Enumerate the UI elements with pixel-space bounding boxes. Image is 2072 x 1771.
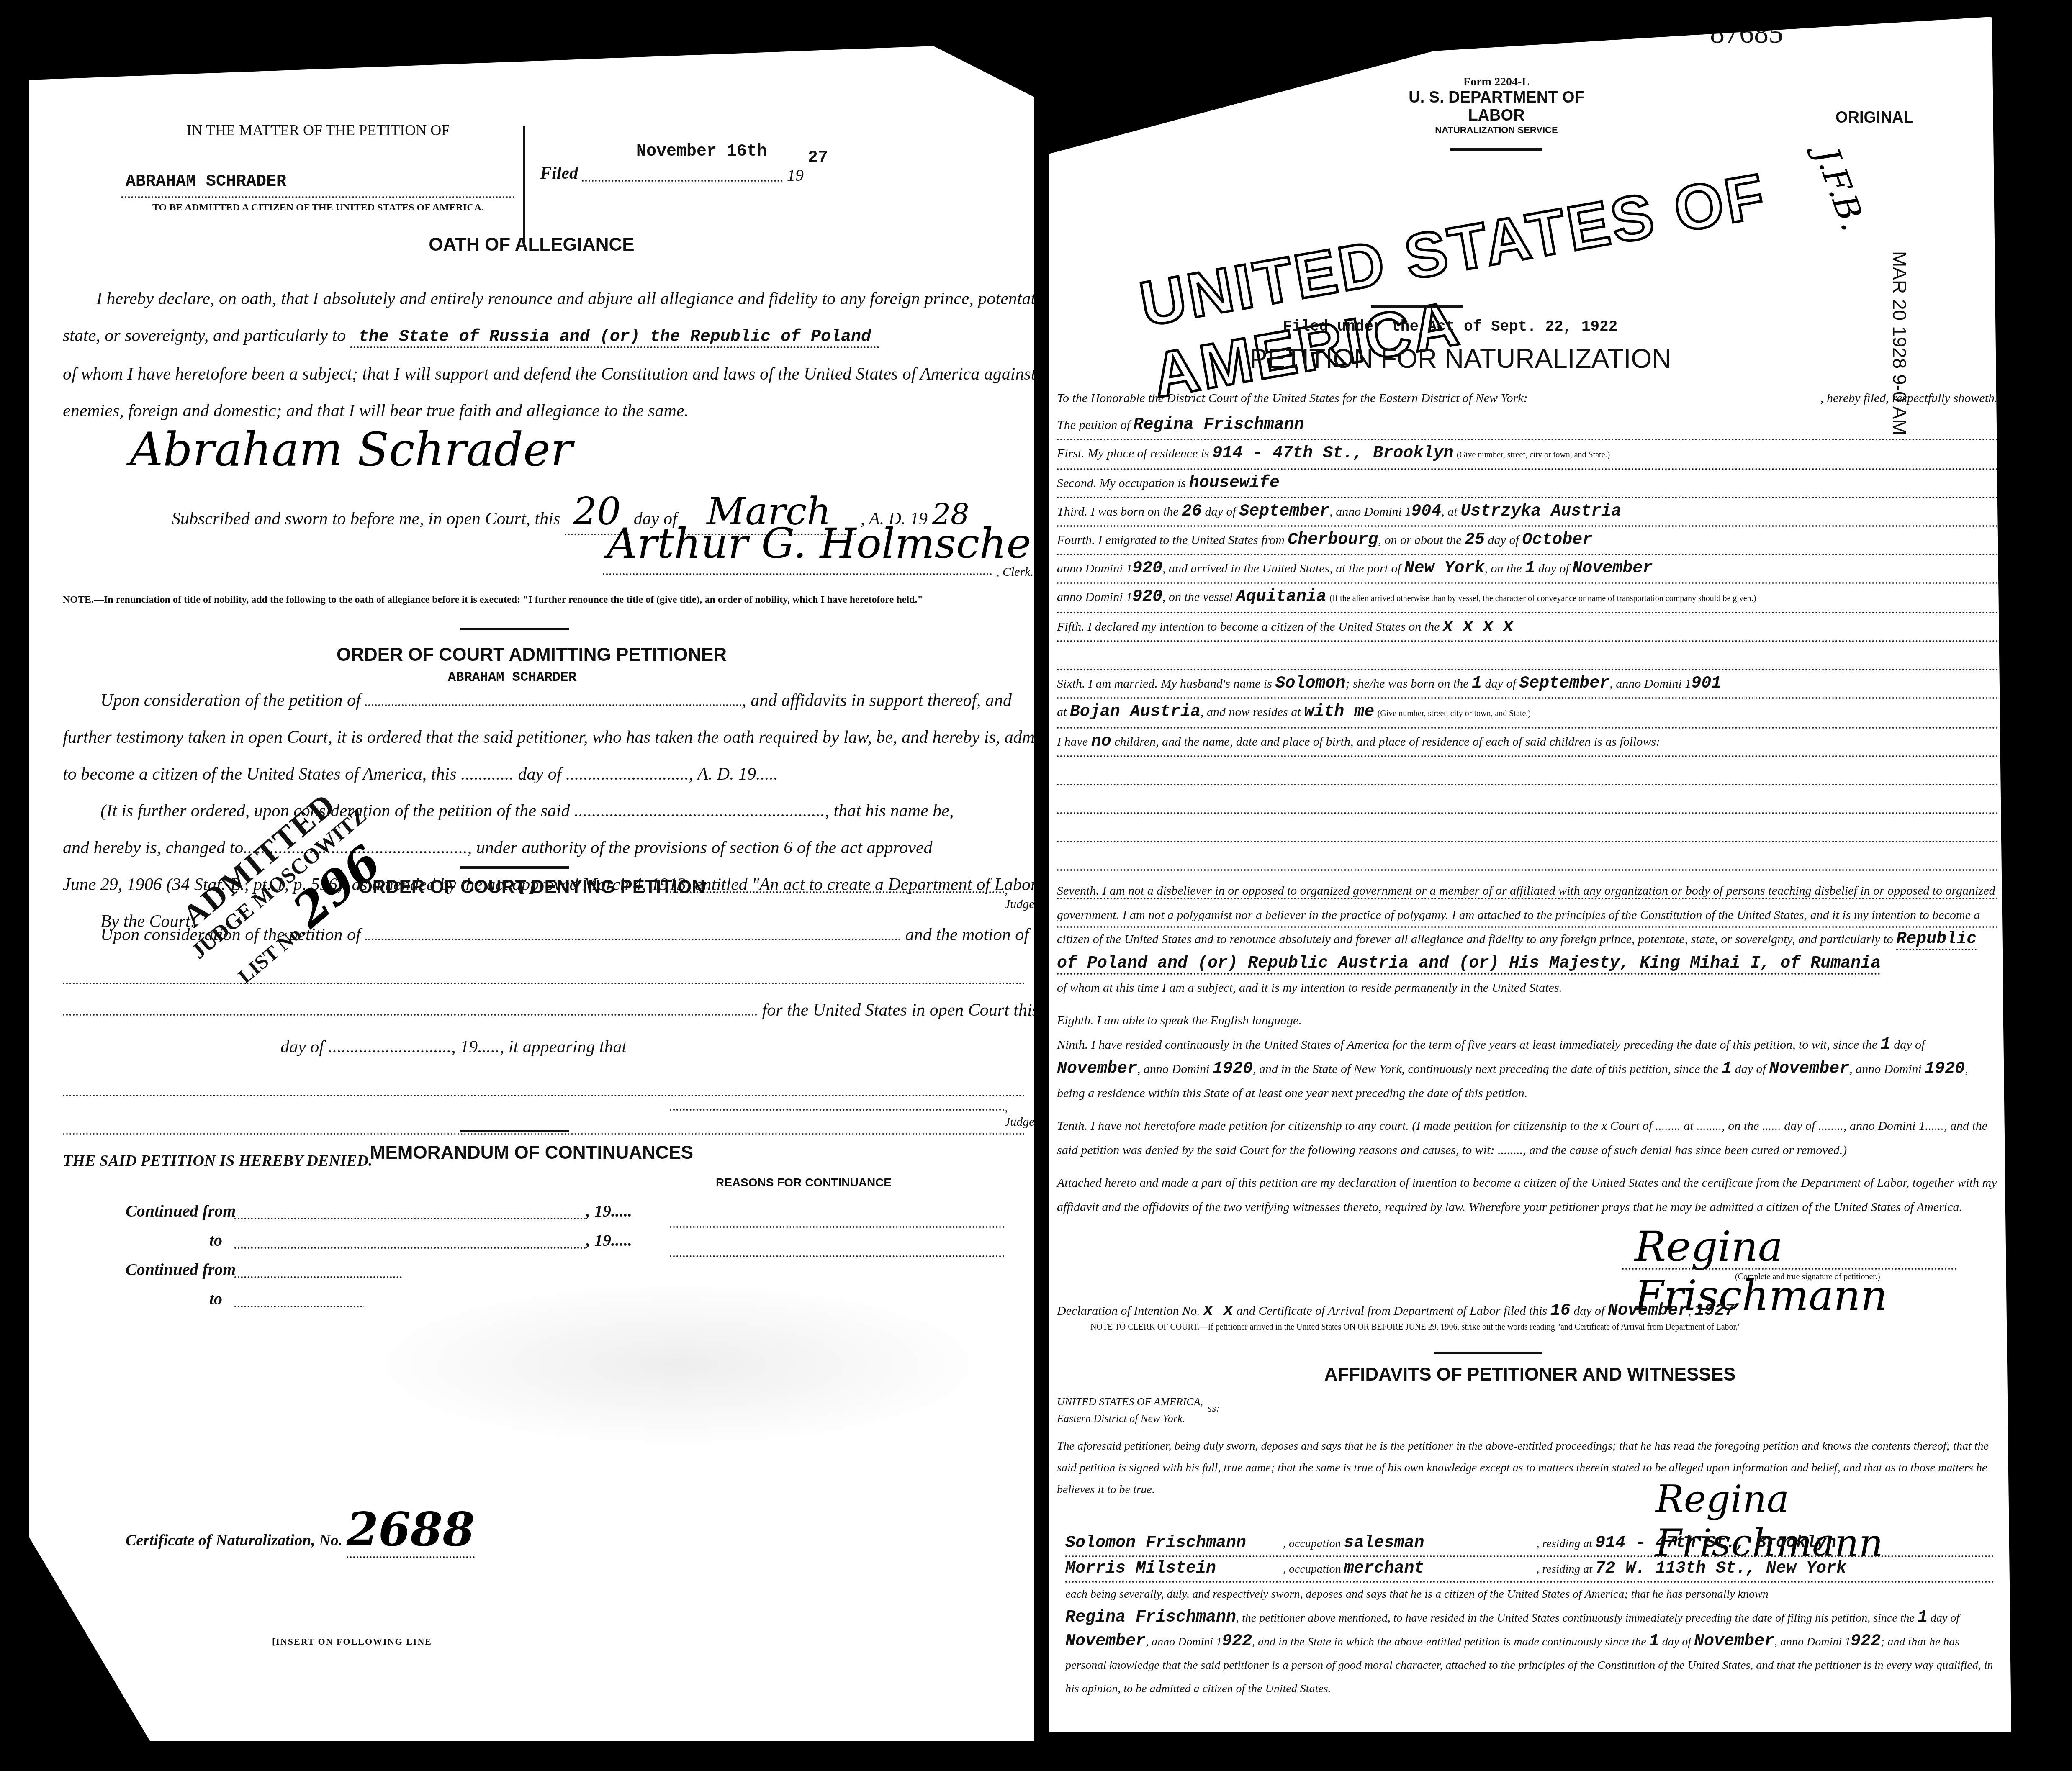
emigrated-year: 920 xyxy=(1132,559,1162,578)
spouse-hint: (Give number, street, city or town, and … xyxy=(1378,709,1531,718)
spouse-residence: with me xyxy=(1304,703,1374,721)
insert-note: [INSERT ON FOLLOWING LINE xyxy=(272,1636,432,1647)
ninth-clause: Ninth. I have resided continuously in th… xyxy=(1057,1038,1877,1052)
vessel-field: Aquitania xyxy=(1236,588,1326,606)
declaration-no: x x xyxy=(1203,1301,1233,1320)
nobility-note: NOTE.—In renunciation of title of nobili… xyxy=(63,594,1026,606)
oath-line-3: of whom I have heretofore been a subject… xyxy=(63,356,1026,393)
certificate-number: 2688 xyxy=(347,1502,475,1558)
admitting-line-1-label: Upon consideration of the petition of xyxy=(100,691,361,710)
residence-hint: (Give number, street, city or town, and … xyxy=(1457,450,1610,459)
certificate-label: Certificate of Naturalization, No. xyxy=(126,1532,342,1549)
witness-row: Solomon Frischmann, occupation salesman,… xyxy=(1065,1532,1995,1557)
judge-label-denying: , Judge. xyxy=(1005,1101,1038,1129)
signature-hint: (Complete and true signature of petition… xyxy=(1735,1272,1880,1282)
ninth-state-month: November xyxy=(1769,1060,1849,1078)
filed-year: 27 xyxy=(808,149,828,167)
emigrated-label: Fourth. I emigrated to the United States… xyxy=(1057,533,1285,547)
continuance-label: Continued from xyxy=(126,1201,236,1220)
ninth-us-year: 1920 xyxy=(1213,1060,1253,1078)
vessel-hint: (If the alien arrived otherwise than by … xyxy=(1329,594,1756,603)
ninth-state-year: 1920 xyxy=(1925,1060,1965,1078)
witness-occupation: merchant xyxy=(1344,1557,1536,1581)
witness-state-year: 922 xyxy=(1851,1632,1881,1651)
arrival-day: 1 xyxy=(1525,559,1535,578)
residence-field: 914 - 47th St., Brooklyn xyxy=(1212,444,1453,463)
spouse-name: Solomon xyxy=(1275,674,1345,693)
witness-occupation: salesman xyxy=(1344,1532,1536,1555)
continuance-year: , 19..... xyxy=(586,1230,632,1250)
tenth-clause: Tenth. I have not heretofore made petiti… xyxy=(1057,1114,1999,1163)
form-header: Form 2204-L U. S. DEPARTMENT OF LABOR NA… xyxy=(1392,75,1601,151)
continuance-label: to xyxy=(126,1289,222,1308)
divider xyxy=(1371,305,1463,308)
certificate-row: Certificate of Naturalization, No. 2688 xyxy=(126,1502,475,1556)
spouse-born-place: Bojan Austria xyxy=(1070,703,1201,721)
witness-residence: 72 W. 113th St., New York xyxy=(1595,1559,1846,1578)
petition-of-label: The petition of xyxy=(1057,418,1130,432)
attached-clause: Attached hereto and made a part of this … xyxy=(1057,1171,1999,1219)
married-label: Sixth. I am married. My husband's name i… xyxy=(1057,677,1272,690)
born-place: Ustrzyka Austria xyxy=(1460,502,1621,521)
filed-date: November 16th xyxy=(636,142,767,161)
witness-body-2: , the petitioner above mentioned, to hav… xyxy=(1236,1612,1915,1625)
matter-header: IN THE MATTER OF THE PETITION OF ABRAHAM… xyxy=(121,121,515,213)
witness-name: Morris Milstein xyxy=(1065,1557,1283,1581)
right-page: 87685 Form 2204-L U. S. DEPARTMENT OF LA… xyxy=(1049,17,2011,1732)
witnesses: Solomon Frischmann, occupation salesman,… xyxy=(1065,1532,1995,1701)
seventh-clause: Seventh. I am not a disbeliever in or op… xyxy=(1057,884,1995,946)
continuance-label: to xyxy=(126,1231,222,1250)
court-line: To the Honorable the District Court of t… xyxy=(1057,391,1527,405)
order-denying-title: ORDER OF COURT DENYING PETITION xyxy=(29,877,1034,898)
denying-line-4: day of ............................, 19.… xyxy=(63,1029,1026,1065)
spouse-born-day: 1 xyxy=(1472,674,1482,693)
denying-line-1-suffix: and the motion of xyxy=(905,925,1029,945)
divider xyxy=(460,1130,569,1132)
divider xyxy=(1434,1352,1542,1354)
original-label: ORIGINAL xyxy=(1835,109,1913,127)
certificate-month: November xyxy=(1608,1301,1688,1320)
divider xyxy=(460,866,569,869)
emigrated-month: October xyxy=(1522,531,1592,549)
filed-row: Filed November 16th 19 27 xyxy=(540,146,841,180)
born-day: 26 xyxy=(1182,502,1202,521)
form-number: Form 2204-L xyxy=(1392,75,1601,89)
header-brace xyxy=(523,126,525,243)
ninth-us-day: 1 xyxy=(1881,1035,1891,1054)
service-label: NATURALIZATION SERVICE xyxy=(1392,125,1601,136)
petition-declarations: Seventh. I am not a disbeliever in or op… xyxy=(1057,879,1999,1219)
seventh-end: of whom at this time I am a subject, and… xyxy=(1057,976,1999,1000)
renounced-sovereign: the State of Russia and (or) the Republi… xyxy=(350,328,879,348)
admitting-line-5: and hereby is, changed to...............… xyxy=(63,829,1026,866)
order-denying-text: Upon consideration of the petition of an… xyxy=(63,916,1026,1179)
oath-line-1: I hereby declare, on oath, that I absolu… xyxy=(63,280,1026,317)
emigrated-from: Cherbourg xyxy=(1288,531,1378,549)
petitioner-name-field: Regina Frischmann xyxy=(1134,416,1304,434)
admitting-line-3: to become a citizen of the United States… xyxy=(63,756,1026,793)
certificate-day: 16 xyxy=(1550,1301,1571,1320)
continuance-row: to , 19..... xyxy=(126,1230,1005,1260)
petition-title: PETITION FOR NATURALIZATION xyxy=(1249,343,1671,374)
denying-line-3-suffix: for the United States in open Court this xyxy=(762,1001,1039,1020)
witness-body-3: and in the State in which the above-enti… xyxy=(1258,1635,1646,1648)
ninth-end: being a residence within this State of a… xyxy=(1057,1086,1527,1100)
memorandum-title: MEMORANDUM OF CONTINUANCES xyxy=(29,1142,1034,1163)
arrival-port: New York xyxy=(1404,559,1484,578)
occupation-field: housewife xyxy=(1189,474,1280,493)
continuance-label: Continued from xyxy=(126,1260,236,1279)
witness-us-day: 1 xyxy=(1918,1608,1928,1627)
ss-label: ss: xyxy=(1208,1402,1220,1414)
eighth-clause: Eighth. I am able to speak the English l… xyxy=(1057,1009,1999,1033)
born-month: September xyxy=(1239,502,1329,521)
continuance-row: Continued from , 19..... xyxy=(126,1201,1005,1230)
witness-name: Solomon Frischmann xyxy=(1065,1532,1283,1555)
emigrated-day: 25 xyxy=(1465,531,1485,549)
declaration-no-label: Declaration of Intention No. xyxy=(1057,1304,1200,1318)
department-label: U. S. DEPARTMENT OF LABOR xyxy=(1392,89,1601,125)
venue: UNITED STATES OF AMERICA, Eastern Distri… xyxy=(1057,1394,1203,1427)
witness-petitioner: Regina Frischmann xyxy=(1065,1608,1236,1627)
declaration-row: Declaration of Intention No. x x and Cer… xyxy=(1057,1301,1999,1320)
affidavits-title: AFFIDAVITS OF PETITIONER AND WITNESSES xyxy=(1049,1364,2011,1385)
hereby-filed-label: , hereby filed, respectfully showeth: xyxy=(1820,385,1999,412)
admitting-line-4: (It is further ordered, upon considerati… xyxy=(63,793,1026,829)
reasons-header: REASONS FOR CONTINUANCE xyxy=(716,1176,892,1189)
certificate-filed-label: and Certificate of Arrival from Departme… xyxy=(1237,1304,1548,1318)
admitting-line-2: further testimony taken in open Court, i… xyxy=(63,719,1026,756)
oath-text: I hereby declare, on oath, that I absolu… xyxy=(63,280,1026,429)
declared-values: x x x x xyxy=(1443,617,1513,636)
born-label: Third. I was born on the xyxy=(1057,505,1179,518)
spouse-born-month: September xyxy=(1519,674,1609,693)
certificate-year: 1927 xyxy=(1694,1301,1735,1320)
witness-state-day: 1 xyxy=(1649,1632,1659,1651)
residence-label: First. My place of residence is xyxy=(1057,447,1209,460)
children-text: children, and the name, date and place o… xyxy=(1114,735,1660,749)
subscribed-label: Subscribed and sworn to before me, in op… xyxy=(172,509,560,529)
witness-state-month: November xyxy=(1694,1632,1774,1651)
left-page: IN THE MATTER OF THE PETITION OF ABRAHAM… xyxy=(29,46,1034,1741)
ninth-state-day: 1 xyxy=(1722,1060,1732,1078)
occupation-label: Second. My occupation is xyxy=(1057,476,1186,490)
clerk-label: , Clerk. xyxy=(996,565,1033,579)
arrival-month: November xyxy=(1572,559,1653,578)
oath-title: OATH OF ALLEGIANCE xyxy=(29,234,1034,255)
witness-body-1: each being severally, duly, and respecti… xyxy=(1065,1583,1995,1606)
oath-line-2-label: state, or sovereignty, and particularly … xyxy=(63,326,346,345)
petitioner-oath-signature: Abraham Schrader xyxy=(130,423,573,476)
arrival-year: 920 xyxy=(1132,588,1162,606)
petitioner-name: ABRAHAM SCHRADER xyxy=(121,172,515,191)
bleed-through-area xyxy=(364,1281,992,1448)
witness-us-month: November xyxy=(1065,1632,1146,1651)
to-be-admitted-label: TO BE ADMITTED A CITIZEN OF THE UNITED S… xyxy=(121,202,515,213)
page-number: 87685 xyxy=(1710,17,1783,50)
note-to-clerk: NOTE TO CLERK OF COURT.—If petitioner ar… xyxy=(1090,1322,1741,1332)
witness-us-year: 922 xyxy=(1222,1632,1252,1651)
petition-body: To the Honorable the District Court of t… xyxy=(1057,385,1999,928)
witness-row: Morris Milstein, occupation merchant, re… xyxy=(1065,1557,1995,1583)
filed-label: Filed xyxy=(540,163,578,183)
witness-residence: 914 - 47th St., Brooklyn xyxy=(1595,1534,1836,1553)
filed-under-act: Filed under the Act of Sept. 22, 1922 xyxy=(1283,318,1617,335)
admitting-line-1-suffix: , and affidavits in support thereof, and xyxy=(742,691,1012,710)
divider xyxy=(460,628,569,630)
declared-label: Fifth. I declared my intention to become… xyxy=(1057,620,1440,634)
spouse-born-year: 901 xyxy=(1691,674,1721,693)
ninth-mid: and in the State of New York, continuous… xyxy=(1259,1062,1719,1076)
order-admitting-title: ORDER OF COURT ADMITTING PETITIONER xyxy=(29,644,1034,665)
ninth-us-month: November xyxy=(1057,1060,1137,1078)
denying-line-1-label: Upon consideration of the petition of xyxy=(100,925,361,945)
continuance-year: , 19..... xyxy=(586,1201,632,1221)
matter-of-label: IN THE MATTER OF THE PETITION OF xyxy=(121,121,515,139)
venue-line-1: UNITED STATES OF AMERICA, xyxy=(1057,1394,1203,1410)
clerk-signature: Arthur G. Holmsche xyxy=(607,519,1031,568)
filed-year-prefix: 19 xyxy=(787,165,804,185)
venue-line-2: Eastern District of New York. xyxy=(1057,1410,1203,1427)
born-year: 904 xyxy=(1411,502,1441,521)
children-count: no xyxy=(1091,732,1111,751)
